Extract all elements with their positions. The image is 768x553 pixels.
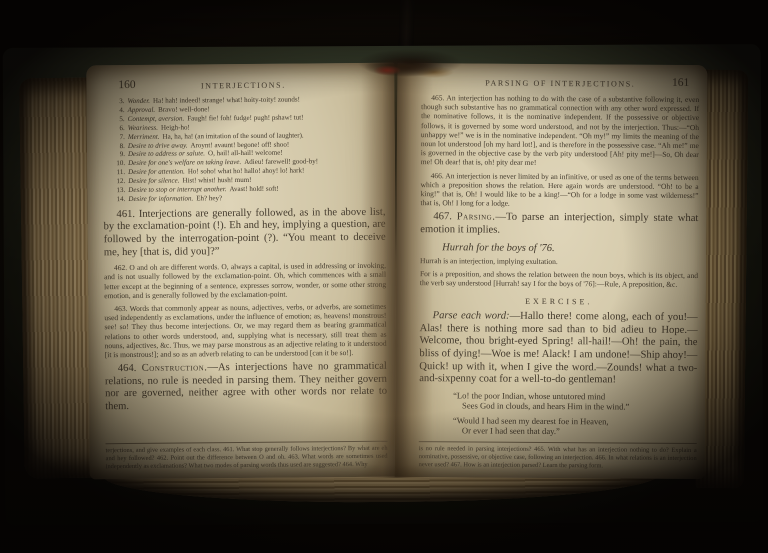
interjection-class-list: 3.Wonder.Ha! hah! indeed! strange! what!… [102,95,385,204]
open-book-pages: 160 INTERJECTIONS. 3.Wonder.Ha! hah! ind… [88,64,706,478]
section-466: 466. An interjection is never limited by… [420,171,698,210]
section-461: 461. Interjections are generally followe… [103,207,385,260]
exercise-heading: EXERCISE. [420,296,698,307]
left-footnote: terjections, and give examples of each c… [106,445,388,471]
section-462: 462. O and oh are different words. O, al… [104,261,386,300]
left-running-title: INTERJECTIONS. [102,80,384,91]
section-463: 463. Words that commonly appear as nouns… [104,302,386,360]
verse-quotation-1: “Lo! the poor Indian, whose untutored mi… [453,390,697,412]
left-footnote-block: terjections, and give examples of each c… [105,441,387,471]
section-465: 465. An interjection has nothing to do w… [421,93,700,169]
left-page-header: 160 INTERJECTIONS. [102,77,384,93]
right-running-title: PARSING OF INTERJECTIONS. [421,78,699,89]
parsing-note-1: Hurrah is an interjection, implying exul… [420,256,698,267]
parsing-note-2: For is a preposition, and shows the rela… [420,269,698,289]
page-160: 160 INTERJECTIONS. 3.Wonder.Ha! hah! ind… [86,63,398,480]
right-page-number: 161 [672,77,689,89]
right-footnote-block: is no rule needed in parsing interjectio… [419,441,697,471]
list-item: 14.Desire for information.Eh? hey? [103,193,385,204]
verse-quotation-2: “Would I had seen my dearest foe in Heav… [453,416,697,438]
book-photograph: 160 INTERJECTIONS. 3.Wonder.Ha! hah! ind… [0,0,768,553]
right-page-header: PARSING OF INTERJECTIONS. 161 [421,75,699,91]
right-footnote: is no rule needed in parsing interjectio… [419,445,697,471]
exercise-paragraph: Parse each word:—Hallo there! come along… [419,310,698,388]
section-467: 467. Parsing.—To parse an interjection, … [420,212,698,239]
parsing-example: Hurrah for the boys of '76. [442,242,698,255]
page-161: PARSING OF INTERJECTIONS. 161 465. An in… [395,63,708,479]
section-464: 464. Construction.—As interjections have… [105,361,387,414]
